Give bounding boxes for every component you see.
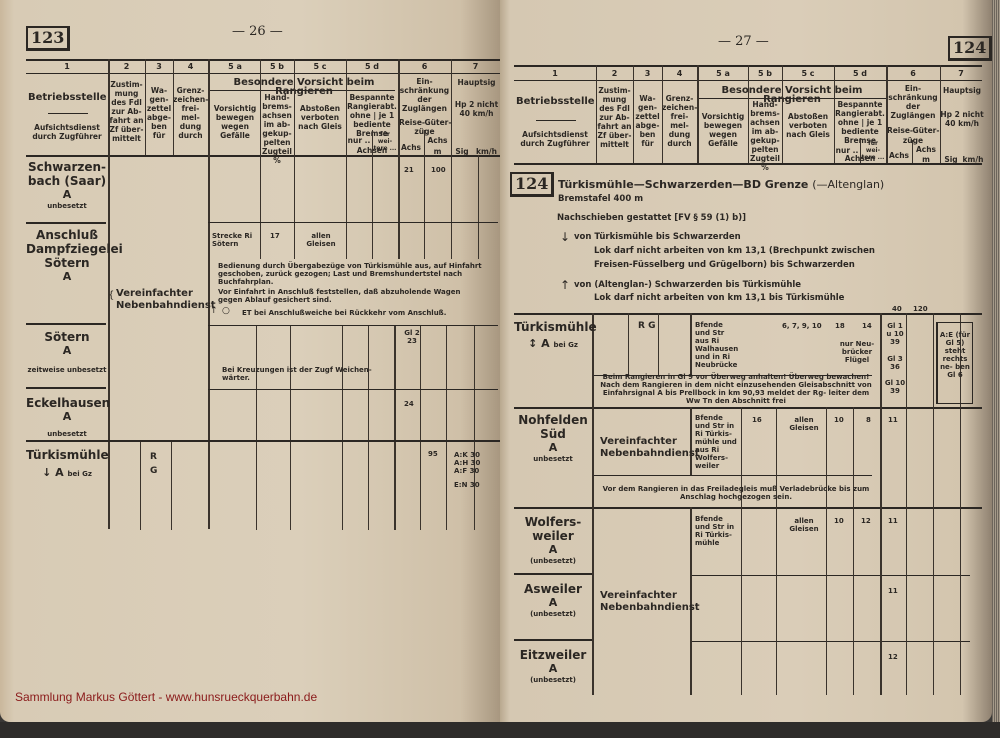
col-rule xyxy=(372,130,373,259)
colnum-7: 7 xyxy=(451,62,500,71)
col-rule xyxy=(912,140,913,163)
note-anschluss-2: Vor Einfahrt in Anschluß feststellen, da… xyxy=(218,288,468,304)
station-eitzweiler: Eitzweiler A (unbesetzt) xyxy=(514,648,592,685)
cell-tuerkismuehle-signals: A:K 30 A:H 30 A:F 30 E:N 30 xyxy=(454,451,498,489)
colnum-3: 3 xyxy=(633,69,662,78)
col-rule xyxy=(697,65,699,163)
note-soetern: Bei Kreuzungen ist der Zugf Weichen- wär… xyxy=(222,366,392,382)
header-divider xyxy=(48,113,88,114)
header-col6-reise: Reise- xyxy=(886,126,914,135)
section-number-124: 124 xyxy=(948,36,992,61)
colnum-5d: 5 d xyxy=(834,69,886,78)
col-rule xyxy=(145,59,146,155)
header-col5b: Hand- brems- achsen im ab- gekup- pelten… xyxy=(260,93,294,165)
cell-anschluss-5c: allen Gleisen xyxy=(300,232,342,248)
arrow-down-icon: ↓ xyxy=(560,230,570,244)
cell-tuerkismuehle-5d-b: 14 xyxy=(862,322,872,330)
row-rule xyxy=(208,222,498,223)
station-name: Schwarzen- bach (Saar) xyxy=(26,160,108,188)
cell-tuerkismuehle-5a: Bfende und Str aus Ri Walhausen und in R… xyxy=(695,321,739,369)
row-rule xyxy=(514,507,982,509)
station-name: Eckelhausen xyxy=(26,396,108,410)
header-col6-m: m xyxy=(424,147,451,156)
colnum-6: 6 xyxy=(886,69,940,78)
cell-tuerkismuehle-m: 95 xyxy=(428,450,438,458)
col-rule xyxy=(853,407,854,695)
col-rule xyxy=(173,59,174,155)
cell-schwarzenbach-m: 100 xyxy=(431,166,446,174)
row-rule xyxy=(690,641,970,642)
col-rule xyxy=(260,59,261,259)
cell-tuerkismuehle-col3: R G xyxy=(150,450,164,478)
cell-nohfelden-5a: Bfende und Str in Ri Türkis- mühle und a… xyxy=(695,414,739,470)
nachschieben: Nachschieben gestattet [FV § 59 (1) b)] xyxy=(557,213,746,223)
section-number-124-inline: 124 xyxy=(510,172,554,197)
cell-tuerkismuehle-5c: 6, 7, 9, 10 xyxy=(782,322,822,330)
brace-icon: { xyxy=(108,290,114,301)
signal-af: A:F 30 xyxy=(454,467,498,475)
cell-tuerkismuehle-6b: Gl 3 36 xyxy=(884,355,906,371)
signal-ak: A:K 30 xyxy=(454,451,498,459)
col-rule xyxy=(424,130,425,259)
col-rule xyxy=(368,325,369,530)
row-rule xyxy=(690,575,970,576)
colnum-4: 4 xyxy=(173,62,208,71)
cell-wolfersweiler-6: 11 xyxy=(888,517,898,525)
colnum-2: 2 xyxy=(108,62,145,71)
col-rule xyxy=(478,155,479,259)
colnum-5d: 5 d xyxy=(346,62,398,71)
colnum-5c: 5 c xyxy=(294,62,346,71)
col-rule xyxy=(451,59,452,259)
header-col6-achs: Achs xyxy=(398,143,424,152)
colnum-2: 2 xyxy=(596,69,633,78)
station-eckelhausen: Eckelhausen A unbesetzt xyxy=(26,396,108,439)
colnum-1: 1 xyxy=(514,69,596,78)
col-rule xyxy=(290,325,291,530)
signal-note: A:E (für Gl 5) steht rechts ne- ben Gl 6 xyxy=(938,331,972,379)
route-down-2: Lok darf nicht arbeiten von km 13,1 (Bre… xyxy=(594,246,875,256)
note-nohfelden: Vor dem Rangieren in das Freiladegleis m… xyxy=(600,485,872,501)
col-rule xyxy=(776,407,777,695)
col-rule xyxy=(140,442,141,530)
dienst-label-asweiler: Vereinfachter Nebenbahndienst xyxy=(600,590,690,614)
station-name: Nohfelden Süd xyxy=(514,413,592,441)
header-col6-gueter: Güter- xyxy=(424,118,452,127)
col-rule xyxy=(346,59,347,259)
header-colnum-rule xyxy=(26,73,500,74)
station-schwarzenbach: Schwarzen- bach (Saar) A unbesetzt xyxy=(26,160,108,211)
col-rule xyxy=(782,65,783,163)
right-page: — 27 — 124 1 2 3 4 5 a 5 b 5 c 5 d 6 7 B… xyxy=(500,0,992,722)
cell-asweiler-6: 11 xyxy=(888,587,898,595)
route-up-2: Lok darf nicht arbeiten von km 13,1 bis … xyxy=(594,293,844,303)
note-anschluss-1: Bedienung durch Übergabezüge von Türkism… xyxy=(218,262,498,286)
header-col7-sig: Sig xyxy=(451,147,473,156)
station-class: A xyxy=(26,188,108,201)
header-col6-achs2: Achs xyxy=(912,145,940,154)
header-col7-kmh: km/h xyxy=(962,155,984,164)
station-name: Asweiler xyxy=(514,582,592,596)
cell-wolfersweiler-5c: allen Gleisen xyxy=(784,517,824,533)
colnum-3: 3 xyxy=(145,62,173,71)
header-col3: Wa- gen- zettel abge- ben für xyxy=(145,86,173,140)
colnum-5b: 5 b xyxy=(260,62,294,71)
arrow-up-icon: ↕ xyxy=(528,337,537,350)
col-rule xyxy=(633,65,634,163)
col-rule xyxy=(398,59,400,259)
col-rule xyxy=(690,313,692,375)
col-rule xyxy=(860,138,861,163)
signal-en: E:N 30 xyxy=(454,481,498,489)
col-rule xyxy=(741,407,742,695)
note-tuerkismuehle: Beim Rangieren in Gl 9 vor Überweg anhal… xyxy=(600,373,872,405)
speed-120: 120 xyxy=(913,305,928,313)
row-rule xyxy=(592,475,872,476)
header-col5d-nur: nur .. xyxy=(346,136,372,145)
col-rule xyxy=(690,507,692,695)
station-class-note: bei Gz xyxy=(554,341,578,349)
header-aufsichtsdienst: Aufsichtsdienst durch Zugführer xyxy=(28,123,106,141)
note-anschluss-3: ET bei Anschlußweiche bei Rückkehr vom A… xyxy=(242,309,492,317)
cell-schwarzenbach-achs: 21 xyxy=(404,166,414,174)
col-rule xyxy=(826,407,827,695)
station-name: Eitzweiler xyxy=(514,648,592,662)
station-class: A xyxy=(514,543,592,556)
col-rule xyxy=(420,325,421,530)
row-rule xyxy=(208,325,498,326)
cell-nohfelden-5c: allen Gleisen xyxy=(784,416,824,432)
cell-anschluss-5a: Strecke Ri Sötern xyxy=(212,232,258,248)
route-title-suffix: (—Altenglan) xyxy=(812,178,884,191)
col-rule xyxy=(748,65,749,163)
header-col5c: Abstoßen verboten nach Gleis xyxy=(782,112,834,139)
colnum-5c: 5 c xyxy=(782,69,834,78)
header-col5c: Abstoßen verboten nach Gleis xyxy=(294,104,346,131)
header-col6-gueter: Güter- xyxy=(912,126,940,135)
header-col2: Zustim- mung des Fdl zur Ab- fahrt an Zf… xyxy=(108,80,145,143)
page-number-26: — 26 — xyxy=(232,24,283,39)
book-edge xyxy=(992,0,1000,738)
dienst-label-nohfelden: Vereinfachter Nebenbahndienst xyxy=(600,436,690,460)
arrow-up-icon: ↑ xyxy=(560,278,570,292)
header-col6: Ein- schränkung der Zuglängen xyxy=(886,84,940,120)
cell-eitzweiler-6: 12 xyxy=(888,653,898,661)
route-down-3: Freisen-Füsselberg und Grügelborn) bis S… xyxy=(594,260,855,270)
station-class: A xyxy=(26,270,108,283)
station-class: A xyxy=(514,662,592,675)
circle-icon: ○ xyxy=(222,306,230,316)
cell-tuerkismuehle-6c: Gl 10 39 xyxy=(884,379,906,395)
cell-wolfersweiler-5a: Bfende und Str in Ri Türkis- mühle xyxy=(695,515,739,547)
cell-nohfelden-6: 11 xyxy=(888,416,898,424)
route-down-1: von Türkismühle bis Schwarzerden xyxy=(574,232,741,242)
station-class: A xyxy=(55,466,64,479)
cell-nohfelden-5d-a: 10 xyxy=(834,416,844,424)
station-wolfersweiler: Wolfers- weiler A (unbesetzt) xyxy=(514,515,592,566)
station-note: unbesetzt xyxy=(26,201,108,211)
station-name: Anschluß Dampfziegelei Sötern xyxy=(26,228,108,270)
station-note: unbesetzt xyxy=(514,454,592,464)
header-betriebsstelle: Betriebsstelle xyxy=(516,96,594,108)
col-rule xyxy=(256,325,257,530)
header-col7-sig: Sig xyxy=(940,155,962,164)
cell-anschluss-5b: 17 xyxy=(270,232,280,240)
route-title: Türkismühle—Schwarzerden—BD Grenze (—Alt… xyxy=(558,178,884,191)
col-rule xyxy=(394,325,396,530)
station-tuerkismuehle-left: Türkismühle ↓ A bei Gz xyxy=(26,448,108,481)
row-rule xyxy=(514,313,982,315)
row-rule xyxy=(514,639,594,641)
cell-wolfersweiler-5d-a: 10 xyxy=(834,517,844,525)
col-rule xyxy=(446,325,447,530)
header-betriebsstelle: Betriebsstelle xyxy=(28,92,106,104)
col-rule xyxy=(171,442,172,530)
station-note: (unbesetzt) xyxy=(514,675,592,685)
colnum-5a: 5 a xyxy=(698,69,748,78)
col-rule xyxy=(658,313,659,375)
cell-tuerkismuehle-5d-note: nur Neu- brücker Flügel xyxy=(834,340,880,364)
route-title-text: Türkismühle—Schwarzerden—BD Grenze xyxy=(558,178,808,191)
col-rule xyxy=(690,407,692,475)
station-nohfelden-sued: Nohfelden Süd A unbesetzt xyxy=(514,413,592,464)
station-note: (unbesetzt) xyxy=(514,609,592,619)
header-col3: Wa- gen- zettel abge- ben für xyxy=(633,94,662,148)
header-col7-hp: Hp 2 nicht 40 km/h xyxy=(453,100,500,118)
cell-wolfersweiler-5d-b: 12 xyxy=(861,517,871,525)
header-aufsichtsdienst: Aufsichtsdienst durch Zugführer xyxy=(516,130,594,148)
station-note: zeitweise unbesetzt xyxy=(26,365,108,375)
col-rule xyxy=(208,59,210,529)
row-rule xyxy=(26,222,106,224)
header-divider xyxy=(536,120,576,121)
header-col6: Ein- schränkung der Zuglängen xyxy=(398,77,451,113)
header-top-rule xyxy=(26,59,500,61)
col-rule xyxy=(474,325,475,530)
header-col5b: Hand- brems- achsen im ab- gekup- pelten… xyxy=(748,100,782,172)
station-anschluss-dampfziegelei: Anschluß Dampfziegelei Sötern A xyxy=(26,228,108,283)
cell-nohfelden-5b: 16 xyxy=(752,416,762,424)
colnum-5b: 5 b xyxy=(748,69,782,78)
bremstafel: Bremstafel 400 m xyxy=(558,194,643,204)
station-note: unbesetzt xyxy=(26,429,108,439)
header-col7-hp: Hp 2 nicht 40 km/h xyxy=(940,110,984,128)
col-rule xyxy=(834,65,835,163)
col-rule xyxy=(662,65,663,163)
page-number-27: — 27 — xyxy=(718,34,769,49)
col-rule xyxy=(886,65,888,163)
col-rule xyxy=(592,313,594,695)
colnum-7: 7 xyxy=(940,69,982,78)
col-rule xyxy=(933,313,934,695)
station-soetern: Sötern A zeitweise unbesetzt xyxy=(26,330,108,375)
header-col7-title: Hauptsig xyxy=(453,78,500,87)
row-rule xyxy=(26,440,500,442)
station-name: Sötern xyxy=(26,330,108,344)
col-rule xyxy=(628,313,629,375)
signal-note-box: A:E (für Gl 5) steht rechts ne- ben Gl 6 xyxy=(936,322,973,404)
station-name: Wolfers- weiler xyxy=(514,515,592,543)
station-asweiler: Asweiler A (unbesetzt) xyxy=(514,582,592,619)
arrow-down-icon: ↓ xyxy=(42,466,51,479)
dienst-label-left: Vereinfachter Nebenbahndienst xyxy=(116,288,208,312)
route-up-1: von (Altenglan-) Schwarzerden bis Türkis… xyxy=(574,280,801,290)
station-class: A xyxy=(514,596,592,609)
arrow-up-icon: ↑ xyxy=(210,306,218,316)
signal-ah: A:H 30 xyxy=(454,459,498,467)
row-rule xyxy=(514,573,594,575)
header-col4: Grenz- zeichen- frei- mel- dung durch xyxy=(662,94,697,148)
cell-nohfelden-5d-b: 8 xyxy=(866,416,871,424)
row-rule xyxy=(514,407,982,409)
header-col5a: Vorsichtig bewegen wegen Gefälle xyxy=(210,104,260,140)
row-rule xyxy=(26,387,106,389)
bottom-bar xyxy=(0,722,1000,738)
section-number-123: 123 xyxy=(26,26,70,51)
cell-tuerkismuehle-6a: Gl 1 u 10 39 xyxy=(884,322,906,346)
header-col6-reise: Reise- xyxy=(398,118,426,127)
colnum-4: 4 xyxy=(662,69,697,78)
col-rule xyxy=(880,313,882,695)
header-col5a: Vorsichtig bewegen wegen Gefälle xyxy=(698,112,748,148)
cell-soetern-6: Gl 2 23 xyxy=(402,329,422,345)
station-class: A xyxy=(541,337,550,350)
col-rule xyxy=(906,313,907,695)
header-col4: Grenz- zeichen- frei- mel- dung durch xyxy=(173,86,208,140)
header-col7-title: Hauptsig xyxy=(940,86,984,95)
colnum-5a: 5 a xyxy=(210,62,260,71)
station-tuerkismuehle-right: Türkismühle ↕ A bei Gz xyxy=(514,320,592,352)
header-col6-achs2: Achs xyxy=(424,136,451,145)
header-col6-achs: Achs xyxy=(886,151,912,160)
row-rule xyxy=(208,389,498,390)
left-page: 123 — 26 — 1 2 3 4 5 a 5 b 5 c 5 d 6 7 B… xyxy=(0,0,500,722)
col-rule xyxy=(342,325,343,530)
station-name: Türkismühle xyxy=(26,448,108,462)
row-rule xyxy=(26,323,106,325)
station-class: A xyxy=(514,441,592,454)
cell-eckelhausen-6: 24 xyxy=(404,400,414,408)
col-rule xyxy=(596,65,597,163)
footer-credit: Sammlung Markus Göttert - www.hunsrueckq… xyxy=(15,690,317,704)
station-name: Türkismühle xyxy=(514,320,592,334)
col-rule xyxy=(940,65,941,163)
cell-tuerkismuehle-5d-a: 18 xyxy=(835,322,845,330)
col-rule xyxy=(294,59,295,259)
header-col6-m: m xyxy=(912,155,940,164)
colnum-6: 6 xyxy=(398,62,451,71)
station-class: A xyxy=(26,410,108,423)
station-note: (unbesetzt) xyxy=(514,556,592,566)
station-class: A xyxy=(26,344,108,357)
colnum-1: 1 xyxy=(26,62,108,71)
station-class-note: bei Gz xyxy=(68,470,92,478)
header-col2: Zustim- mung des Fdl zur Ab- fahrt an Zf… xyxy=(596,86,633,149)
header-col6-zuege: züge xyxy=(886,136,940,145)
cell-tuerkismuehle-col3: R G xyxy=(638,320,655,333)
speed-40: 40 xyxy=(892,305,902,313)
